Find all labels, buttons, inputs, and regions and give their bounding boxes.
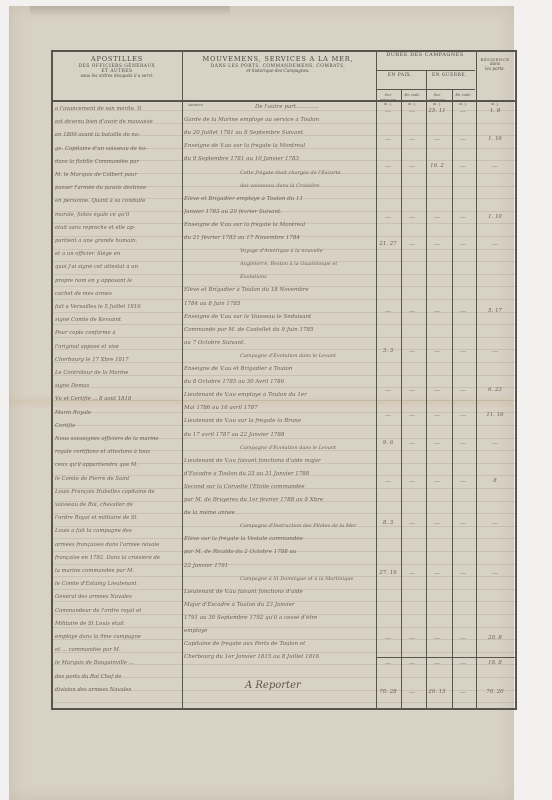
apostille-line: cachet de mes armes [55, 291, 179, 297]
apostille-line: française en 1792. Dans la croisière de [55, 555, 179, 561]
movement-line: 1791 au 30 Septembre 1792 qu'il a cessé … [184, 615, 372, 621]
duration-cell-paix-vaisseau: — [376, 108, 400, 115]
duration-cell-residence: 1. 8 [476, 108, 514, 114]
duree-title: DURÉE DES CAMPAGNES [376, 53, 474, 59]
duration-cell-residence: — [476, 520, 514, 527]
duration-cell-guerre-vaisseau: 16. 2 [425, 163, 449, 169]
apostille-line: est devenu bien d'avoir de mauvaise [55, 119, 179, 125]
movement-line: par M. de Bruyères du 1er février 1788 a… [184, 497, 372, 503]
duree-header: DURÉE DES CAMPAGNES [376, 53, 474, 59]
ruled-line [53, 337, 515, 338]
movement-line: Élève sur la frégate la Vestale commandé… [184, 536, 372, 542]
duration-cell-guerre-rade: — [451, 387, 475, 394]
duration-cell-paix-vaisseau: — [376, 412, 400, 419]
duration-cell-guerre-vaisseau: — [425, 440, 449, 447]
duration-cell-guerre-vaisseau: — [425, 660, 449, 667]
duration-cell-residence: 20. 8 [476, 635, 514, 641]
duration-cell-residence: 18. 8 [476, 660, 514, 666]
movement-line: Lieutenant de V.au faisant fonctions d'a… [184, 589, 372, 595]
duration-cell-residence: 11. 16 [476, 412, 514, 418]
duration-cell-guerre-rade: — [451, 348, 475, 355]
duration-cell-guerre-vaisseau: — [425, 387, 449, 394]
movement-line: Voyage d'Amérique à la nouvelle [240, 248, 374, 254]
apostille-line: M. le Marquis de Colbert pour [55, 172, 179, 178]
apostille-line: Vu et Certifié ... 8 août 1818 [55, 396, 179, 402]
divider-paix-sub [401, 89, 402, 708]
duration-cell-paix-rade: — [400, 412, 424, 419]
duration-cell-guerre-rade: — [451, 412, 475, 419]
movement-line: Lieutenant de V.au sur la frégate la Bru… [184, 418, 372, 424]
apostille-line: propre nom en y apposant le [55, 278, 179, 284]
paix-rade-label: En rade [400, 92, 424, 97]
apostille-line: Pour copie conforme à [55, 330, 179, 336]
apostille-line: Louis a fait la campagne des [55, 528, 179, 534]
duration-cell-guerre-rade: — [451, 570, 475, 577]
movement-line: Évolutions [240, 274, 374, 280]
total-cell-paix-rade: — [400, 689, 424, 696]
divider-guerre-sub [452, 89, 453, 708]
duration-cell-paix-vaisseau: — [376, 387, 400, 394]
duration-cell-residence: 6. 23 [476, 387, 514, 393]
movement-line: Lieutenant de V.au faisant fonctions d'a… [184, 458, 372, 464]
apostille-line: ge. Capitaine d'un vaisseau de ho- [55, 146, 179, 152]
duration-cell-residence: — [476, 348, 514, 355]
duration-cell-guerre-vaisseau: 25. 11 [425, 108, 449, 114]
movement-line: Élève et Brigadier employé à Toulon du 1… [184, 196, 372, 202]
movement-line: Lieutenant de V.au employé à Toulon du 1… [184, 392, 372, 398]
unit-label: m. j. [400, 102, 424, 106]
ruled-line [53, 324, 515, 325]
duration-cell-paix-vaisseau: — [376, 308, 400, 315]
ruled-line [53, 702, 515, 703]
duration-cell-paix-vaisseau: — [376, 163, 400, 170]
duration-cell-residence: — [476, 440, 514, 447]
mouvemens-header: MOUVEMENS, SERVICES A LA MER, DANS LES P… [182, 56, 374, 73]
apostille-line: passer l'armée du pavois destinée [55, 185, 179, 191]
apostille-line: royale certifions et attestons à tous [55, 449, 179, 455]
movement-line: des vaisseaux dans la Croisière [240, 183, 374, 189]
apostille-line: et a un officier. Siège en [55, 251, 179, 257]
apostilles-title: APOSTILLES [54, 56, 180, 64]
movement-line: au 7 Octobre Suivant. [184, 340, 372, 346]
duration-cell-guerre-rade: — [451, 520, 475, 527]
en-guerre-label: EN GUERRE. [425, 73, 474, 78]
apostille-line: Louis François Hubelles capitaine de [55, 489, 179, 495]
movement-line: Commandé par M. de Castellet du 9 Juin 1… [184, 327, 372, 333]
apostille-line: morale, faites égale ce qu'il [55, 212, 179, 218]
duration-cell-guerre-vaisseau: — [425, 412, 449, 419]
duration-cell-residence: — [476, 570, 514, 577]
apostille-line: Militaire de St Louis était [55, 621, 179, 627]
apostille-line: et ... commandée par M. [55, 647, 179, 653]
divider-mouvemens [376, 52, 377, 708]
apostille-line: Le Contrôleur de la Marine [55, 370, 179, 376]
movement-line: de la même année [184, 510, 372, 516]
apostille-line: signé Demas [55, 383, 179, 389]
duration-cell-guerre-rade: — [451, 108, 475, 115]
apostille-line: Commandeur de l'ordre royal et [55, 608, 179, 614]
movement-line: Campagne d'Évolution dans le Levant [240, 353, 374, 359]
movement-line: Janvier 1783 au 20 février Suivant. [184, 209, 372, 215]
duration-cell-guerre-rade: — [451, 308, 475, 315]
residence-line3: les ports. [476, 67, 514, 72]
duration-cell-guerre-rade: — [451, 660, 475, 667]
totals-rule [376, 657, 515, 658]
duration-cell-paix-rade: — [400, 440, 424, 447]
page-edge-stain [30, 6, 230, 16]
apostille-line: Certifié [55, 423, 179, 429]
duration-cell-paix-rade: — [400, 241, 424, 248]
unit-label: m. j. [451, 102, 475, 106]
apostille-line: partient a une grande humain. [55, 238, 179, 244]
duration-cell-guerre-vaisseau: — [425, 308, 449, 315]
movement-line: du 17 avril 1787 au 22 Janvier 1788 [184, 432, 372, 438]
apostille-line: l'original apposé et visé [55, 344, 179, 350]
duration-cell-paix-rade: — [400, 136, 424, 143]
duration-cell-paix-vaisseau: — [376, 660, 400, 667]
duration-cell-guerre-vaisseau: — [425, 478, 449, 485]
duration-cell-guerre-rade: — [451, 440, 475, 447]
duration-cell-paix-rade: — [400, 108, 424, 115]
apostille-line: Général des armées Navales [55, 594, 179, 600]
movement-line: 1784 au 8 Juin 1785 [184, 301, 372, 307]
duration-cell-paix-rade: — [400, 348, 424, 355]
movement-line: du 20 Juillet 1781 au 8 Septembre Suivan… [184, 130, 372, 136]
duration-cell-paix-rade: — [400, 214, 424, 221]
movement-line: Angleterre, Boston à la Guadeloupe et [240, 261, 374, 267]
duration-cell-paix-rade: — [400, 520, 424, 527]
duration-cell-guerre-vaisseau: — [425, 635, 449, 642]
residence-header: RÉSIDENCE dans les ports. [476, 58, 514, 72]
apostille-line: en 1800 avant la bataille de na- [55, 132, 179, 138]
movement-line: Enseigne de V.au sur le Vaisseau le Sédu… [184, 314, 372, 320]
apostille-line: le Comte d'Estaing Lieutenant [55, 581, 179, 587]
duration-cell-paix-vaisseau: — [376, 136, 400, 143]
apostille-line: Marin Royale [55, 410, 179, 416]
apostille-line: était sans reproche et elle ap- [55, 225, 179, 231]
duration-cell-residence: 1. 16 [476, 136, 514, 142]
apostille-line: des ports du Roi Chef de [55, 674, 179, 680]
duration-cell-paix-vaisseau: 8. 3 [376, 520, 400, 526]
movement-line: du 21 février 1783 au 17 Novembre 1784 [184, 235, 372, 241]
unit-label: m. j. [376, 102, 400, 106]
movement-line: Campagne d'Évolution dans le Levant [240, 445, 374, 451]
divider-apostilles [182, 52, 183, 708]
movement-line: Campagne à St Domingue et à la Martiniqu… [240, 576, 374, 582]
apostilles-header: APOSTILLES DES OFFICIERS GÉNÉRAUX ET AUT… [54, 56, 180, 79]
movement-line: du 9 Septembre 1781 au 10 Janvier 1783 [184, 156, 372, 162]
apostille-line: fait a Versailles le 5 Juillet 1816 [55, 304, 179, 310]
movement-line: d'Escadre à Toulon du 23 au 31 Janvier 1… [184, 471, 372, 477]
apostille-line: le Comte de Pierre de Saint [55, 476, 179, 482]
apostille-line: vaisseau de Roi, chevalier de [55, 502, 179, 508]
movement-line: 22 Janvier 1791 [184, 563, 372, 569]
duration-cell-paix-rade: — [400, 478, 424, 485]
duration-cell-guerre-vaisseau: — [425, 136, 449, 143]
apostille-line: signé Comte de Kersaint [55, 317, 179, 323]
duration-cell-paix-rade: — [400, 635, 424, 642]
en-guerre-header: EN GUERRE. [425, 73, 474, 78]
movement-line: Garde de la Marine employé au service à … [184, 117, 372, 123]
duration-cell-paix-vaisseau: 9. 6 [376, 440, 400, 446]
duration-cell-guerre-vaisseau: — [425, 241, 449, 248]
total-cell-paix-vaisseau: 70. 28 [376, 689, 400, 695]
duration-cell-guerre-rade: — [451, 478, 475, 485]
duration-cell-guerre-vaisseau: — [425, 348, 449, 355]
divider-residence [476, 52, 477, 708]
total-cell-residence: 70. 20 [476, 689, 514, 695]
apostille-line: dans la flotille Commandée par [55, 159, 179, 165]
duration-cell-residence: — [476, 163, 514, 170]
apostille-line: armées françaises dans l'armée navale [55, 542, 179, 548]
duration-cell-paix-vaisseau: 21. 27 [376, 241, 400, 247]
duration-cell-paix-rade: — [400, 570, 424, 577]
paix-vaisseau-label: Sur vaisseau [376, 92, 400, 102]
movement-line: employé [184, 628, 372, 634]
movement-line: Enseigne de V.au sur la frégate la Montr… [184, 143, 372, 149]
movement-line: Enseigne de V.au et Brigadier à Toulon [184, 366, 372, 372]
duree-title-rule [376, 70, 475, 71]
duration-cell-paix-rade: — [400, 163, 424, 170]
apostilles-note: sous les ordres desquels il a servi. [54, 74, 180, 79]
duration-cell-residence: — [476, 241, 514, 248]
movement-line: Campagne d'Instruction des Pilotes de la… [240, 523, 374, 529]
duration-cell-paix-vaisseau: 27. 19 [376, 570, 400, 576]
duration-cell-guerre-rade: — [451, 163, 475, 170]
duration-cell-paix-vaisseau: — [376, 214, 400, 221]
duration-cell-paix-vaisseau: 3. 3 [376, 348, 400, 354]
unit-label: m. j. [425, 102, 449, 106]
unit-label: m. j. [476, 102, 514, 106]
duration-cell-guerre-rade: — [451, 214, 475, 221]
duration-cell-paix-vaisseau: — [376, 478, 400, 485]
total-cell-guerre-rade: — [451, 689, 475, 696]
duration-cell-guerre-rade: — [451, 241, 475, 248]
movement-line: Cherbourg du 1er Janvier 1815 au 8 Juill… [184, 654, 372, 660]
duration-cell-residence: 8 [476, 478, 514, 484]
apostille-line: le Marquis de Bougainville ... [55, 660, 179, 666]
duration-cell-paix-vaisseau: — [376, 635, 400, 642]
movement-line: par M. de Ricaldo du 2 Octobre 1788 au [184, 549, 372, 555]
movement-line: Capitaine de frégate aux Ports de Toulon… [184, 641, 372, 647]
movement-line: du 8 Octobre 1785 au 30 Avril 1786 [184, 379, 372, 385]
apostille-line: ceux qu'il appartiendra que M. [55, 462, 179, 468]
duration-cell-paix-rade: — [400, 387, 424, 394]
total-cell-guerre-vaisseau: 20. 15 [425, 689, 449, 695]
en-paix-header: EN PAIX. [376, 73, 424, 78]
apostille-line: en personne. Quant à sa conduite [55, 198, 179, 204]
guerre-vaisseau-label: Sur vaisseau [425, 92, 449, 102]
apostille-line: Nous soussignés officiers de la marine [55, 436, 179, 442]
movement-line: Élève et Brigadier à Toulon du 18 Novemb… [184, 287, 372, 293]
duration-cell-residence: 1. 10 [476, 214, 514, 220]
movement-line: Major d'Escadre à Toulon du 23 Janvier [184, 602, 372, 608]
movement-line: Cette frégate était chargée de l'Escorte [240, 170, 374, 176]
movement-line: Enseigne de V.au sur la frégate la Montr… [184, 222, 372, 228]
en-paix-label: EN PAIX. [376, 73, 424, 78]
duration-cell-guerre-rade: — [451, 635, 475, 642]
duration-cell-guerre-vaisseau: — [425, 520, 449, 527]
movement-line: De l'autre part............. [255, 104, 373, 110]
movement-line: Second sur la Corvette l'Étoile commandé… [184, 484, 372, 490]
guerre-rade-label: En rade [451, 92, 475, 97]
mouvemens-note: et historique des Campagnes. [182, 69, 374, 74]
apostille-line: quoi j'ai signé cet attestat à un [55, 264, 179, 270]
apostille-line: la marine commandée par M. [55, 568, 179, 574]
mouvemens-title: MOUVEMENS, SERVICES A LA MER, [182, 56, 374, 64]
annees-label: Années. [188, 102, 204, 107]
duration-cell-residence: 5. 17 [476, 308, 514, 314]
apostille-line: division des armées Navales [55, 687, 179, 693]
duration-cell-paix-rade: — [400, 308, 424, 315]
duration-cell-paix-rade: — [400, 660, 424, 667]
movement-line: Mai 1786 au 16 avril 1787 [184, 405, 372, 411]
duration-cell-guerre-rade: — [451, 136, 475, 143]
duration-cell-guerre-vaisseau: — [425, 214, 449, 221]
apostille-line: a l'avancement de son mérite. Il [55, 106, 179, 112]
apostille-line: employé dans la 9me campagne [55, 634, 179, 640]
duration-cell-guerre-vaisseau: — [425, 570, 449, 577]
apostille-line: l'ordre Royal et militaire de St [55, 515, 179, 521]
paix-guerre-rule [376, 89, 475, 90]
apostille-line: Cherbourg le 17 Xbre 1817 [55, 357, 179, 363]
